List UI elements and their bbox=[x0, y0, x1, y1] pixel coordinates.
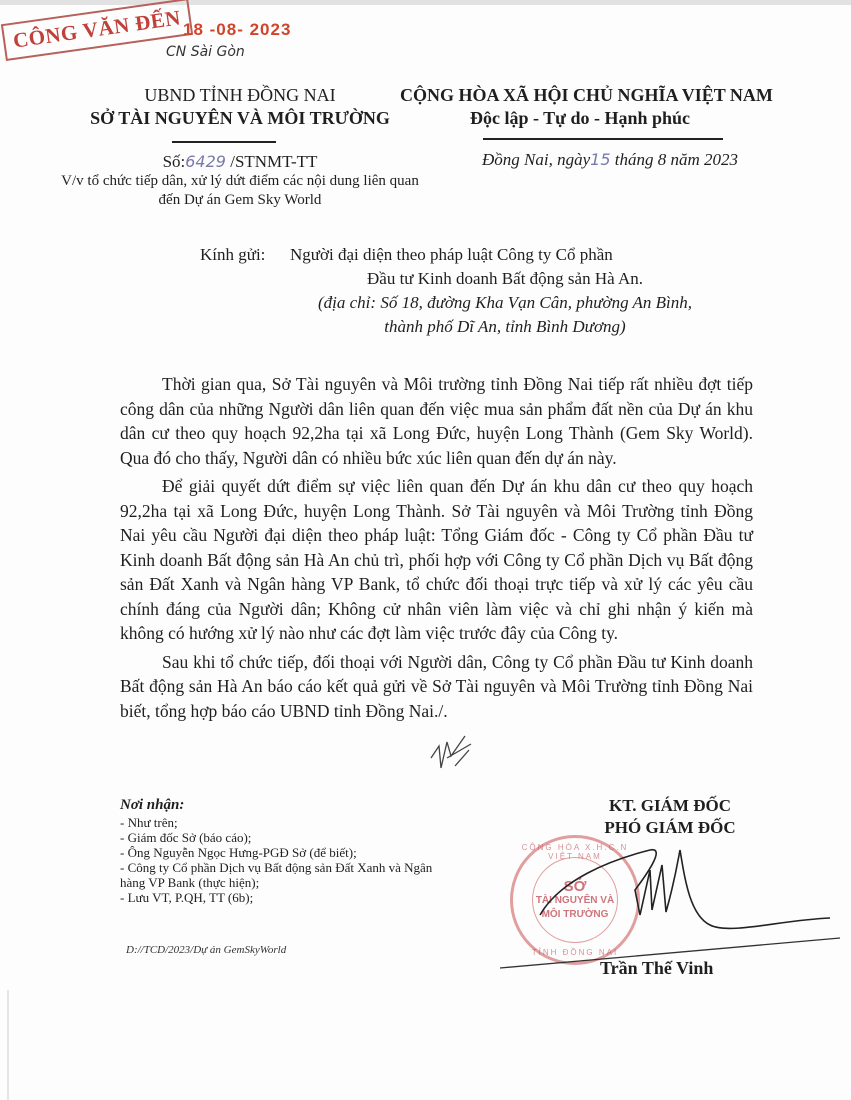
national-title: CỘNG HÒA XÃ HỘI CHỦ NGHĨA VIỆT NAM bbox=[400, 85, 760, 106]
letter-body: Thời gian qua, Sở Tài nguyên và Môi trườ… bbox=[120, 372, 753, 727]
received-stamp: CÔNG VĂN ĐẾN bbox=[1, 0, 193, 61]
doc-number-prefix: Số: bbox=[163, 152, 186, 171]
dateline-suffix: tháng 8 năm 2023 bbox=[615, 150, 738, 169]
recipient-label: Kính gửi: bbox=[200, 243, 290, 267]
distribution-item: - Như trên; bbox=[120, 815, 460, 830]
recipient-address-1: (địa chỉ: Số 18, đường Kha Vạn Cân, phườ… bbox=[200, 291, 730, 315]
body-paragraph: Để giải quyết dứt điểm sự việc liên quan… bbox=[120, 474, 753, 646]
handwritten-initial-icon bbox=[425, 728, 485, 778]
header-left-rule bbox=[172, 141, 276, 143]
body-paragraph: Sau khi tổ chức tiếp, đối thoại với Ngườ… bbox=[120, 650, 753, 724]
document-number: Số:6429 /STNMT-TT bbox=[85, 152, 395, 172]
distribution-item: - Công ty Cổ phần Dịch vụ Bất động sản Đ… bbox=[120, 860, 460, 890]
distribution-list: Nơi nhận: - Như trên; - Giám đốc Sở (báo… bbox=[120, 798, 460, 905]
handwritten-branch-note: CN Sài Gòn bbox=[166, 44, 245, 60]
recipient-line-1: Người đại diện theo pháp luật Công ty Cổ… bbox=[290, 245, 613, 264]
page-left-edge bbox=[7, 990, 9, 1100]
document-subject: V/v tổ chức tiếp dân, xử lý dứt điểm các… bbox=[60, 172, 420, 210]
recipient-address-2: thành phố Dĩ An, tỉnh Bình Dương) bbox=[200, 315, 730, 339]
header-right-rule bbox=[483, 138, 723, 140]
distribution-item: - Lưu VT, P.QH, TT (6b); bbox=[120, 890, 460, 905]
received-date: 18 -08- 2023 bbox=[183, 20, 291, 40]
distribution-heading: Nơi nhận: bbox=[120, 798, 460, 813]
file-path: D://TCD/2023/Dự án GemSkyWorld bbox=[126, 944, 286, 956]
parent-agency: UBND TỈNH ĐỒNG NAI bbox=[85, 85, 395, 106]
doc-number-handwritten: 6429 bbox=[185, 152, 226, 171]
distribution-item: - Giám đốc Sở (báo cáo); bbox=[120, 830, 460, 845]
on-behalf-label: KT. GIÁM ĐỐC bbox=[560, 795, 780, 817]
recipient-line-2: Đầu tư Kinh doanh Bất động sản Hà An. bbox=[200, 267, 730, 291]
dateline-day-handwritten: 15 bbox=[590, 150, 610, 169]
doc-number-suffix: /STNMT-TT bbox=[230, 152, 317, 171]
distribution-item: - Ông Nguyễn Ngọc Hưng-PGĐ Sở (để biết); bbox=[120, 845, 460, 860]
recipient-block: Kính gửi:Người đại diện theo pháp luật C… bbox=[200, 243, 730, 339]
dateline: Đồng Nai, ngày15 tháng 8 năm 2023 bbox=[450, 150, 770, 170]
signer-name: Trần Thế Vinh bbox=[600, 958, 713, 979]
body-paragraph: Thời gian qua, Sở Tài nguyên và Môi trườ… bbox=[120, 372, 753, 470]
national-motto: Độc lập - Tự do - Hạnh phúc bbox=[400, 108, 760, 129]
dateline-prefix: Đồng Nai, ngày bbox=[482, 150, 590, 169]
page-top-edge bbox=[0, 0, 851, 5]
issuing-agency: SỞ TÀI NGUYÊN VÀ MÔI TRƯỜNG bbox=[85, 108, 395, 129]
handwritten-signature-icon bbox=[500, 820, 845, 970]
